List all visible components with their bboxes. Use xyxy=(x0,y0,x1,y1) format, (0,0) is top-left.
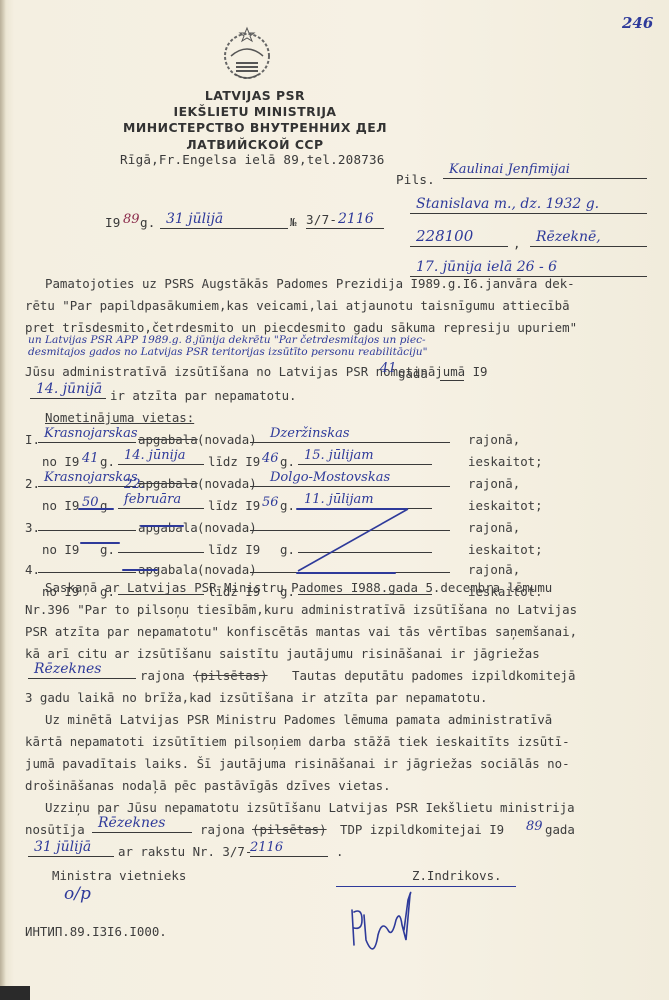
para1-handwritten-insert-2: desmitajos gados no Latvijas PSR teritor… xyxy=(28,346,427,358)
para3-line-2: kārtā nepamatoti izsūtītiem pilsoņiem da… xyxy=(25,734,570,749)
page-edge-shadow xyxy=(0,0,6,1000)
recipient-name: Kaulinai Jenfimijai xyxy=(449,162,570,177)
para2-district-field: Rēzeknes xyxy=(28,660,136,679)
para1-exile-date: 14. jūnijā xyxy=(36,381,102,397)
scan-corner-shadow xyxy=(0,986,30,1000)
to-label: līdz I9 xyxy=(208,498,260,513)
para4-nosutija: nosūtīja xyxy=(25,822,85,837)
para2-line-6: 3 gadu laikā no brīža,kad izsūtīšana ir … xyxy=(25,690,488,705)
novada-label: (novada) xyxy=(197,432,257,447)
date-value: 31 jūlijā xyxy=(166,211,223,227)
recipient-prefix: Pils. xyxy=(396,172,435,187)
exile-region-field xyxy=(38,512,136,531)
para2-line-5: Tautas deputātu padomes izpildkomitejā xyxy=(292,668,575,683)
number-value: 2116 xyxy=(338,211,374,227)
print-code: ИНТИП.89.I3I6.I000. xyxy=(25,924,167,939)
para1-date-field: 14. jūnijā xyxy=(30,380,106,399)
to-label: līdz I9 xyxy=(208,454,260,469)
from-label: no I9 xyxy=(42,498,79,513)
rajona-label: rajonā, xyxy=(468,520,520,535)
ieskaitot-label: ieskaitot; xyxy=(468,542,543,557)
exile-district-field: Dzeržinskas xyxy=(250,424,450,443)
ieskaitot-label: ieskaitot; xyxy=(468,498,543,513)
to-date-field: 15. jūlijam xyxy=(298,446,432,465)
para2-line-1: Saskaņā ar Latvijas PSR Ministru Padomes… xyxy=(45,580,552,595)
signature-title: Ministra vietnieks xyxy=(52,868,186,883)
from-date-field xyxy=(118,534,204,553)
from-date: 14. jūnija xyxy=(124,448,186,463)
para1-handwritten-insert-1: un Latvijas PSR APP 1989.g. 8.jūnija dek… xyxy=(28,334,426,346)
rajona-label: rajonā, xyxy=(468,476,520,491)
date-g: g. xyxy=(140,215,156,230)
para4-district-field: Rēzeknes xyxy=(92,814,192,833)
recipient-city: Rēzeknē, xyxy=(536,229,601,245)
from-date: 22. februāra xyxy=(124,477,204,507)
para4-number-field: 2116 xyxy=(250,838,328,857)
ieskaitot-label: ieskaitot; xyxy=(468,454,543,469)
recipient-name-field: Kaulinai Jenfimijai xyxy=(443,160,647,179)
para3-line-4: drošināšanas nodaļā pēc pastāvīgās dzīve… xyxy=(25,778,391,793)
para1-blank-line xyxy=(440,380,464,381)
to-year: 56 xyxy=(262,495,279,510)
apgabala-label: apgabala xyxy=(138,520,198,535)
from-g-label: g. xyxy=(100,498,115,513)
para4-year: 89 xyxy=(526,819,543,834)
date-field: 31 jūlijā xyxy=(160,210,288,229)
recipient-patronymic: Stanislava m., dz. 1932 g. xyxy=(416,196,599,212)
recipient-postal-field: 228100 xyxy=(410,228,508,247)
para4-period: . xyxy=(336,844,343,859)
novada-label: (novada) xyxy=(197,562,257,577)
para4-gada: gada xyxy=(545,822,575,837)
exile-region: Krasnojarskas xyxy=(44,426,138,441)
to-g-label: g. xyxy=(280,454,295,469)
para1-line-3: pret trīsdesmito,četrdesmito un piecdesm… xyxy=(25,320,577,335)
from-year: 41 xyxy=(82,451,99,466)
exile-district: Dzeržinskas xyxy=(270,426,350,441)
signature-name-underline xyxy=(336,886,516,887)
recipient-street: 17. jūnija ielā 26 - 6 xyxy=(416,259,557,275)
latvian-ssr-coat-of-arms-icon xyxy=(221,26,273,82)
letterhead-line-1: LATVIJAS PSR xyxy=(160,88,350,103)
para2-pilsetas-struck: (pilsētas) xyxy=(193,668,268,683)
exile-places-heading: Nometinājuma vietas: xyxy=(45,410,194,425)
apgabala-label: apgabala xyxy=(138,432,198,447)
pen-cancel-dash xyxy=(80,542,120,544)
recipient-postal-code: 228100 xyxy=(416,227,473,245)
para4-number: 2116 xyxy=(250,840,283,855)
para3-line-1: Uz minētā Latvijas PSR Ministru Padomes … xyxy=(45,712,552,727)
number-label: № xyxy=(290,216,297,229)
para1-gada: gada xyxy=(398,366,428,381)
pen-cancel-dash xyxy=(78,508,114,510)
number-field: 3/7- 2116 xyxy=(306,210,384,229)
exile-district-field: Dolgo-Mostovskas xyxy=(250,468,450,487)
signature-name: Z.Indrikovs. xyxy=(412,868,502,883)
number-prefix: 3/7- xyxy=(306,212,337,227)
pen-cancel-dash xyxy=(122,569,158,571)
para4-rakstu: ar rakstu Nr. 3/7- xyxy=(118,844,252,859)
pen-cancel-dash xyxy=(140,525,184,527)
para4-pilsetas-struck: (pilsētas) xyxy=(252,822,327,837)
rajona-label: rajonā, xyxy=(468,432,520,447)
para2-rajona: rajona xyxy=(140,668,185,683)
para1-line-2: rētu "Par papildpasākumiem,kas veicami,l… xyxy=(25,298,570,313)
rajona-label: rajonā, xyxy=(468,562,520,577)
para2-line-2: Nr.396 "Par to pilsoņu tiesībām,kuru adm… xyxy=(25,602,577,617)
letterhead-address: Rīgā,Fr.Engelsa ielā 89,tel.208736 xyxy=(120,152,385,167)
para4-district: Rēzeknes xyxy=(98,815,165,831)
signature-scribble-icon xyxy=(340,890,430,960)
page-number: 246 xyxy=(622,14,653,32)
from-date-field: 14. jūnija xyxy=(118,446,204,465)
para4-tdp: TDP izpildkomitejai I9 xyxy=(340,822,504,837)
to-year: 46 xyxy=(262,451,279,466)
date-year-suffix: 89 xyxy=(123,212,140,227)
para4-rajona: rajona xyxy=(200,822,245,837)
novada-label: (novada) xyxy=(197,520,257,535)
signature-initials: o/p xyxy=(64,884,91,904)
letterhead-line-3: МИНИСТЕРСТВО ВНУТРЕННИХ ДЕЛ xyxy=(120,120,390,135)
from-label: no I9 xyxy=(42,454,79,469)
para3-line-3: jumā pavadītais laiks. Šī jautājuma risi… xyxy=(25,756,570,771)
from-g-label: g. xyxy=(100,454,115,469)
exile-district: Dolgo-Mostovskas xyxy=(270,470,390,485)
para4-date: 31 jūlijā xyxy=(34,839,91,855)
para4-date-field: 31 jūlijā xyxy=(28,838,114,857)
recipient-street-field: 17. jūnija ielā 26 - 6 xyxy=(410,258,647,277)
recipient-city-field: Rēzeknē, xyxy=(530,228,647,247)
para4-line-1: Uzziņu par Jūsu nepamatotu izsūtīšanu La… xyxy=(45,800,575,815)
para2-line-4: kā arī citu ar izsūtīšanu saistītu jautā… xyxy=(25,646,540,661)
recipient-patronymic-field: Stanislava m., dz. 1932 g. xyxy=(410,195,647,214)
postal-comma: , xyxy=(513,236,521,251)
para1-exile-year: 41 xyxy=(380,361,397,376)
z-cancel-mark-icon xyxy=(290,505,430,575)
document-page: 246 LATVIJAS PSR IEKŠLIETU MINISTRIJA МИ… xyxy=(0,0,669,1000)
para2-district: Rēzeknes xyxy=(34,661,101,677)
exile-region-field: Krasnojarskas xyxy=(38,424,136,443)
letterhead-line-2: IEKŠLIETU MINISTRIJA xyxy=(160,104,350,119)
letterhead-line-4: ЛАТВИЙСКОЙ ССР xyxy=(160,137,350,152)
to-date: 15. jūlijam xyxy=(304,448,374,463)
novada-label: (novada) xyxy=(197,476,257,491)
from-date-field: 22. februāra xyxy=(118,490,204,509)
para1-line-1: Pamatojoties uz PSRS Augstākās Padomes P… xyxy=(45,276,575,291)
exile-region-field: Krasnojarskas xyxy=(38,468,136,487)
para2-line-3: PSR atzīta par nepamatotu" konfiscētās m… xyxy=(25,624,577,639)
para1-line-5: ir atzīta par nepamatotu. xyxy=(110,388,297,403)
date-year-prefix: I9 xyxy=(105,215,121,230)
